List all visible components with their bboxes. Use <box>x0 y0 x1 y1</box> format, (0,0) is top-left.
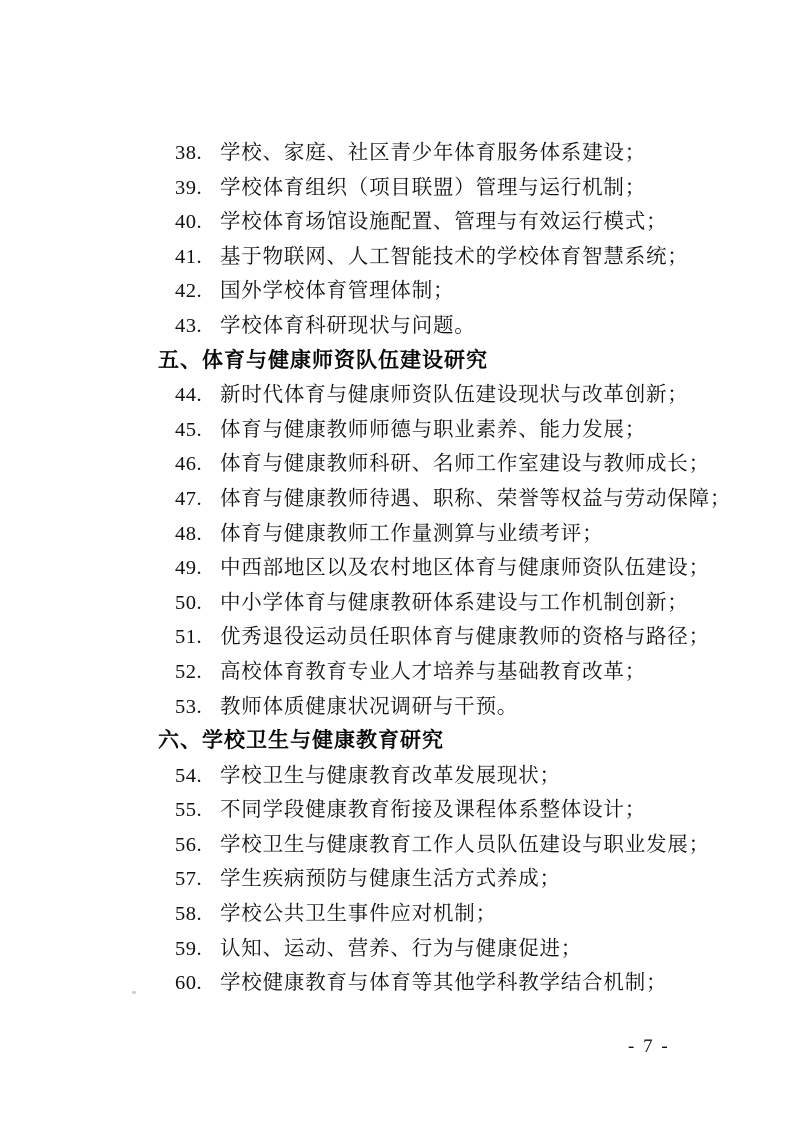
item-number: 53. <box>175 690 220 725</box>
item-number: 51. <box>175 620 220 655</box>
list-item: 49.中西部地区以及农村地区体育与健康师资队伍建设； <box>158 551 734 586</box>
list-item: 47.体育与健康教师待遇、职称、荣誉等权益与劳动保障； <box>158 482 734 517</box>
list-item: 41.基于物联网、人工智能技术的学校体育智慧系统； <box>158 240 734 275</box>
item-text: 教师体质健康状况调研与干预。 <box>220 690 518 725</box>
item-number: 39. <box>175 171 220 206</box>
item-number: 40. <box>175 205 220 240</box>
list-item: 56.学校卫生与健康教育工作人员队伍建设与职业发展； <box>158 828 734 863</box>
item-text: 国外学校体育管理体制； <box>220 274 454 309</box>
item-number: 52. <box>175 655 220 690</box>
list-item: 38.学校、家庭、社区青少年体育服务体系建设； <box>158 136 734 171</box>
item-text: 学校体育场馆设施配置、管理与有效运行模式； <box>220 205 667 240</box>
list-item: 59.认知、运动、营养、行为与健康促进； <box>158 932 734 967</box>
item-number: 42. <box>175 274 220 309</box>
item-number: 57. <box>175 862 220 897</box>
list-item: 44.新时代体育与健康师资队伍建设现状与改革创新； <box>158 378 734 413</box>
list-item: 46.体育与健康教师科研、名师工作室建设与教师成长； <box>158 447 734 482</box>
item-text: 体育与健康教师待遇、职称、荣誉等权益与劳动保障； <box>220 482 731 517</box>
list-item: 42.国外学校体育管理体制； <box>158 274 734 309</box>
item-text: 不同学段健康教育衔接及课程体系整体设计； <box>220 793 646 828</box>
list-item: 48.体育与健康教师工作量测算与业绩考评； <box>158 517 734 552</box>
item-text: 体育与健康教师科研、名师工作室建设与教师成长； <box>220 447 710 482</box>
list-item: 40.学校体育场馆设施配置、管理与有效运行模式； <box>158 205 734 240</box>
item-number: 48. <box>175 517 220 552</box>
item-text: 学生疾病预防与健康生活方式养成； <box>220 862 561 897</box>
list-item: 45.体育与健康教师师德与职业素养、能力发展； <box>158 413 734 448</box>
list-item: 55.不同学段健康教育衔接及课程体系整体设计； <box>158 793 734 828</box>
item-text: 学校、家庭、社区青少年体育服务体系建设； <box>220 136 646 171</box>
list-item: 51.优秀退役运动员任职体育与健康教师的资格与路径； <box>158 620 734 655</box>
item-text: 学校体育组织（项目联盟）管理与运行机制； <box>220 171 646 206</box>
section-header: 五、体育与健康师资队伍建设研究 <box>158 344 734 379</box>
document-body: 38.学校、家庭、社区青少年体育服务体系建设；39.学校体育组织（项目联盟）管理… <box>158 136 734 1001</box>
list-item: 57.学生疾病预防与健康生活方式养成； <box>158 862 734 897</box>
item-number: 38. <box>175 136 220 171</box>
item-number: 58. <box>175 897 220 932</box>
list-item: 39.学校体育组织（项目联盟）管理与运行机制； <box>158 171 734 206</box>
list-item: 52.高校体育教育专业人才培养与基础教育改革； <box>158 655 734 690</box>
item-text: 学校公共卫生事件应对机制； <box>220 897 497 932</box>
item-number: 55. <box>175 793 220 828</box>
list-item: 50.中小学体育与健康教研体系建设与工作机制创新； <box>158 586 734 621</box>
item-number: 50. <box>175 586 220 621</box>
item-number: 60. <box>175 966 220 1001</box>
item-number: 56. <box>175 828 220 863</box>
item-number: 54. <box>175 759 220 794</box>
item-number: 44. <box>175 378 220 413</box>
item-number: 45. <box>175 413 220 448</box>
item-text: 基于物联网、人工智能技术的学校体育智慧系统； <box>220 240 689 275</box>
document-page: 38.学校、家庭、社区青少年体育服务体系建设；39.学校体育组织（项目联盟）管理… <box>0 0 794 1121</box>
item-text: 新时代体育与健康师资队伍建设现状与改革创新； <box>220 378 689 413</box>
item-text: 学校卫生与健康教育工作人员队伍建设与职业发展； <box>220 828 710 863</box>
item-number: 46. <box>175 447 220 482</box>
item-text: 体育与健康教师师德与职业素养、能力发展； <box>220 413 646 448</box>
item-text: 中小学体育与健康教研体系建设与工作机制创新； <box>220 586 689 621</box>
item-text: 学校体育科研现状与问题。 <box>220 309 476 344</box>
item-text: 学校健康教育与体育等其他学科教学结合机制； <box>220 966 667 1001</box>
item-text: 认知、运动、营养、行为与健康促进； <box>220 932 582 967</box>
item-number: 59. <box>175 932 220 967</box>
print-artifact-dot <box>132 991 136 994</box>
item-text: 高校体育教育专业人才培养与基础教育改革； <box>220 655 646 690</box>
item-number: 47. <box>175 482 220 517</box>
item-text: 中西部地区以及农村地区体育与健康师资队伍建设； <box>220 551 710 586</box>
section-header: 六、学校卫生与健康教育研究 <box>158 724 734 759</box>
item-number: 41. <box>175 240 220 275</box>
list-item: 58.学校公共卫生事件应对机制； <box>158 897 734 932</box>
item-number: 43. <box>175 309 220 344</box>
item-text: 体育与健康教师工作量测算与业绩考评； <box>220 517 603 552</box>
list-item: 60.学校健康教育与体育等其他学科教学结合机制； <box>158 966 734 1001</box>
list-item: 53.教师体质健康状况调研与干预。 <box>158 690 734 725</box>
item-number: 49. <box>175 551 220 586</box>
item-text: 优秀退役运动员任职体育与健康教师的资格与路径； <box>220 620 710 655</box>
list-item: 54.学校卫生与健康教育改革发展现状； <box>158 759 734 794</box>
list-item: 43.学校体育科研现状与问题。 <box>158 309 734 344</box>
item-text: 学校卫生与健康教育改革发展现状； <box>220 759 561 794</box>
page-number: - 7 - <box>628 1036 670 1058</box>
